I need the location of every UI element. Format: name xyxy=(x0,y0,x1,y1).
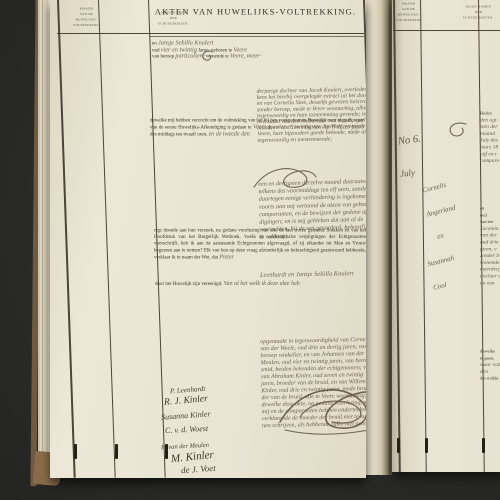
united-line: door het Huwelijk zijn vereenigd. Van al… xyxy=(155,280,365,287)
act-text-fragment: maand xyxy=(480,130,500,137)
document-photo: MAANDVAN DEHUWELIJKS-VOLTREKKING. EIGEN … xyxy=(0,0,500,500)
printed-text: regt doende aan hun verzoek, na gedane v… xyxy=(154,228,366,260)
column-header-line: VOLTREKKING. xyxy=(66,23,107,29)
ink-flourish xyxy=(250,165,320,193)
signature: C. v. d. Woest xyxy=(165,424,209,435)
request-paragraph: dewelke mij hebben verzocht om de voltre… xyxy=(150,117,364,138)
printed-text: den xyxy=(268,125,275,131)
act-text-fragment: wonende xyxy=(480,259,500,266)
ruled-line-end xyxy=(74,444,77,459)
printed-text: door het Huwelijk zijn vereenigd. xyxy=(155,281,222,287)
act-text-fragment: compare xyxy=(480,158,500,165)
act-text-fragment: zonder b xyxy=(480,253,500,260)
act-text-fragment: en van xyxy=(480,280,500,287)
ink-curl xyxy=(198,48,214,62)
act-text-fragment: te gaan, xyxy=(480,355,500,362)
handwriting-line: Leenhardt en Jansje Sebilla Knulert xyxy=(260,268,366,279)
header-rule-2 xyxy=(149,36,364,37)
right-page: MAANDVAN DEHUWELIJKS-VOLTREKKING. EIGEN … xyxy=(392,0,500,472)
handwriting-block-names: Leenhardt en Jansje Sebilla Knulert xyxy=(260,268,366,279)
handwritten-entry: Veere, meer- xyxy=(230,52,261,59)
act-text-fragment-column: Hedenden agtsten dermaandJuly desjaars 1… xyxy=(480,110,500,164)
act-text-fragment: sten der xyxy=(480,124,500,131)
act-text-fragment-column: dewelkete gaan,waar vandendes midda xyxy=(480,348,500,382)
act-text-fragment: jaars 18 xyxy=(480,144,500,151)
act-text-fragment: oud xyxy=(480,212,500,219)
handwritten-entry: en de tweede den xyxy=(209,130,250,137)
ruled-line-end xyxy=(115,444,118,459)
handwritten-entry: Jansje Sebilla Knulert xyxy=(158,39,214,46)
handwritten-entry: vier en twintigsten April dezes jaars xyxy=(276,123,364,130)
act-text-fragment: dewelke xyxy=(480,348,500,355)
column-header-month: MAANDVAN DEHUWELIJKS-VOLTREKKING. xyxy=(396,1,421,23)
act-text-fragment: des midda xyxy=(480,375,500,382)
act-text-fragment: jaren, v xyxy=(480,246,500,253)
signature: Susanna Kinler xyxy=(161,409,211,421)
page-stack-edge xyxy=(38,0,50,483)
spouse-names: CornelisAngerlandenSusannahCool xyxy=(422,172,476,297)
ruled-line-end xyxy=(425,438,428,453)
declaration-paragraph: regt doende aan hun verzoek, na gedane v… xyxy=(154,227,366,261)
printed-text: des middags ten twaalf uren, xyxy=(150,132,207,138)
header-rule xyxy=(57,33,364,34)
signature: R. J. Kinler xyxy=(164,394,209,408)
act-month: July xyxy=(400,167,416,179)
act-text-fragment: meerderj xyxy=(480,266,500,273)
column-divider xyxy=(98,0,116,478)
table-border-left xyxy=(57,0,76,478)
act-text-fragment-column: enoudvan berJacominvan deroud driejaren,… xyxy=(480,205,500,287)
page-title: AKTEN VAN HUWELIJKS-VOLTREKKING. xyxy=(148,7,363,17)
printed-label: van beroep xyxy=(152,54,174,60)
act-text-fragment: vijf en t xyxy=(480,151,500,158)
signature: de J. Voet xyxy=(181,463,216,475)
column-header-month: MAANDVAN DEHUWELIJKS-VOLTREKKING. xyxy=(66,6,107,28)
act-text-fragment: en xyxy=(480,205,500,212)
left-page: MAANDVAN DEHUWELIJKS-VOLTREKKING. EIGEN … xyxy=(50,0,366,478)
act-line-occupation: van beroep particuliere wonende te Veere… xyxy=(152,52,362,60)
act-text-fragment: July des xyxy=(480,137,500,144)
header-rule xyxy=(393,30,500,31)
act-text-fragment: van der xyxy=(480,232,500,239)
act-text-fragment: den xyxy=(480,368,500,375)
column-header-line: VOLTREKKING. xyxy=(396,18,421,24)
handwritten-entry: Pieter xyxy=(219,253,234,260)
ruled-line-end xyxy=(165,444,168,459)
act-text-fragment: oud drie xyxy=(480,239,500,246)
ink-curl xyxy=(444,120,470,140)
act-number: No 6. xyxy=(397,133,421,147)
table-border-left xyxy=(393,0,401,472)
column-header-line: ECHTGENOOTEN. xyxy=(150,21,197,27)
act-text-fragment: dochter v xyxy=(480,273,500,280)
column-header-line: ECHTGENOOTEN. xyxy=(452,15,500,21)
act-text-fragment: Heden xyxy=(480,110,500,117)
book-gutter xyxy=(366,0,392,475)
signature-flourish xyxy=(270,382,366,437)
act-text-fragment: waar van xyxy=(480,362,500,369)
ruled-line-end xyxy=(397,438,400,453)
ruled-line-end xyxy=(482,438,485,453)
act-text-fragment: van ber xyxy=(480,219,500,226)
handwritten-entry: Van al het welk ik deze akte heb xyxy=(224,280,300,287)
handwritten-entry: Veere xyxy=(253,123,266,130)
act-text-fragment: den agt xyxy=(480,117,500,124)
act-text-fragment: Jacomin xyxy=(480,225,500,232)
column-header-names: EIGEN NAMENDERECHTGENOOTEN. xyxy=(452,4,500,21)
